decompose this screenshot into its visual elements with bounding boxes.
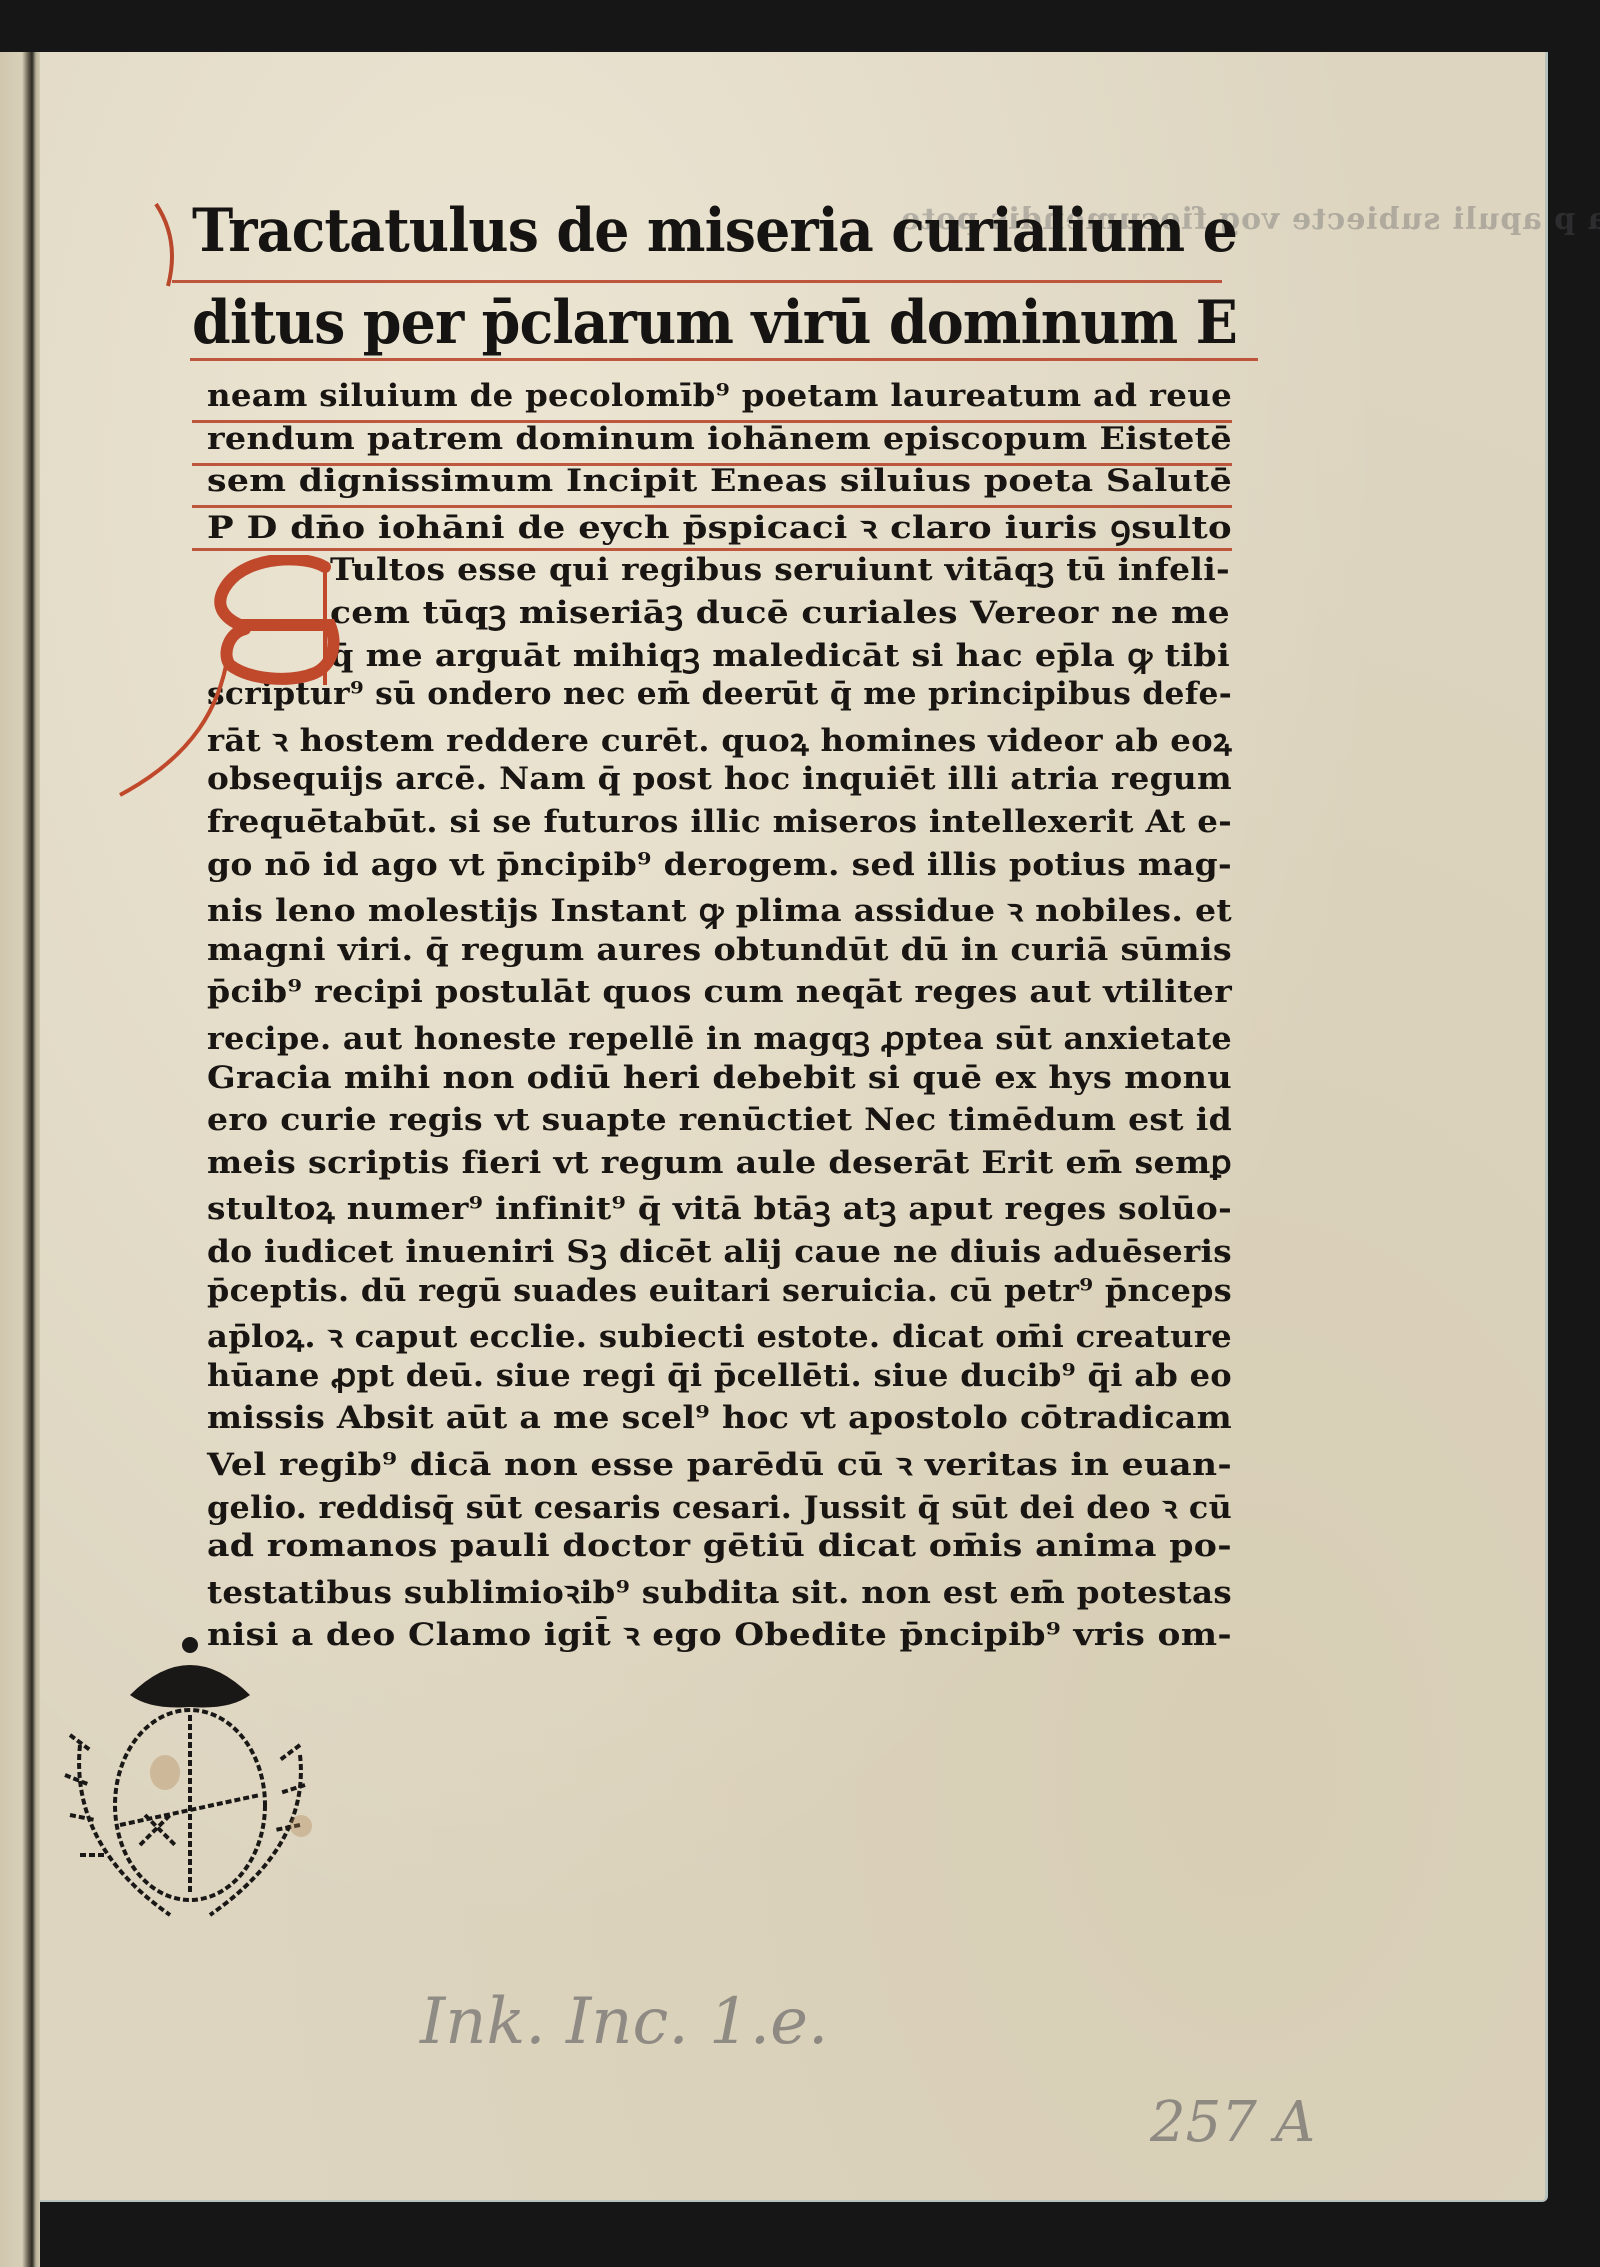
text-line: stultoꝝ numer⁹ infinit⁹ q̄ vitā btāꝫ atꝫ…	[207, 1187, 1232, 1229]
text-line: p̄ceptis. dū regū suades euitari seruici…	[207, 1273, 1232, 1309]
text-line: ap̄loꝝ. ꝛ caput ecclie. subiecti estote.…	[207, 1315, 1232, 1357]
text-line: recipe. aut honeste repellē in magqꝫ ꝓpt…	[207, 1017, 1232, 1059]
rubrication-bracket-icon	[150, 200, 190, 290]
text-line: P D dn̄o iohāni de eych p̄spicaci ꝛ clar…	[207, 506, 1232, 548]
text-line: gelio. reddisq̄ sūt cesaris cesari. Juss…	[207, 1486, 1232, 1528]
pencil-shelfmark: Ink. Inc. 1.e.	[420, 1985, 828, 2059]
text-line: cem tūqꝫ miseriāꝫ ducē curiales Vereor n…	[330, 591, 1230, 633]
text-line: hūane ꝓpt deū. siue regi q̄i p̄cellēti. …	[207, 1358, 1232, 1394]
text-line: sem dignissimum Incipit Eneas siluius po…	[207, 463, 1232, 499]
text-line: nisi a deo Clamo igit̄ ꝛ ego Obedite p̄n…	[207, 1613, 1232, 1655]
red-rule	[192, 548, 1232, 551]
text-line: q̄ me arguāt mihiqꝫ maledicāt si hac ep̄…	[330, 634, 1230, 676]
text-line: missis Absit aūt a me scel⁹ hoc vt apost…	[207, 1400, 1232, 1436]
text-line: frequētabūt. si se futuros illic miseros…	[207, 804, 1232, 840]
text-line: Gracia mihi non odiū heri debebit si quē…	[207, 1060, 1232, 1096]
library-stamp-icon	[50, 1625, 320, 1925]
foxing-spot	[150, 1755, 180, 1790]
text-line: neam siluium de pecolomīb⁹ poetam laurea…	[207, 378, 1232, 414]
pencil-number: 257 A	[1150, 2090, 1315, 2155]
title-line-2: ditus per p̄clarum virū dominum E	[192, 288, 1237, 358]
text-line: ad romanos pauli doctor gētiū dicat om̄i…	[207, 1528, 1232, 1564]
red-rule	[192, 463, 1232, 466]
text-line: p̄cib⁹ recipi postulāt quos cum neqāt re…	[207, 974, 1232, 1010]
text-line: meis scriptis fieri vt regum aule deserā…	[207, 1145, 1232, 1181]
text-line: scriptur⁹ sū ondero nec em̄ deerūt q̄ me…	[207, 676, 1232, 712]
text-line: go nō id ago vt p̄ncipib⁹ derogem. sed i…	[207, 847, 1232, 883]
red-rule	[192, 505, 1232, 508]
text-line: Vel regib⁹ dicā non esse parēdū cū ꝛ ver…	[207, 1443, 1232, 1485]
text-line: Tultos esse qui regibus seruiunt vitāqꝫ …	[330, 548, 1230, 590]
red-rule	[190, 358, 1258, 361]
text-line: do iudicet inueniri Sꝫ dicēt alij caue n…	[207, 1230, 1232, 1272]
text-line: ero curie regis vt suapte renūctiet Nec …	[207, 1102, 1232, 1138]
text-line: rāt ꝛ hostem reddere curēt. quoꝝ homines…	[207, 719, 1232, 761]
text-line: testatibus sublimioꝛib⁹ subdita sit. non…	[207, 1571, 1232, 1613]
title-line-1: Tractatulus de miseria curialium e	[192, 196, 1237, 266]
foxing-spot	[290, 1815, 312, 1837]
text-line: rendum patrem dominum iohānem episcopum …	[207, 421, 1232, 457]
previous-page-edge	[0, 52, 40, 2267]
red-rule	[192, 420, 1232, 423]
red-rule	[172, 280, 1222, 283]
red-initial-letter-icon	[100, 555, 340, 805]
text-line: nis leno molestijs Instant ꝙ plima assid…	[207, 889, 1232, 931]
text-line: obsequijs arcē. Nam q̄ post hoc inquiēt …	[207, 761, 1232, 797]
text-line: magni viri. q̄ regum aures obtundūt dū i…	[207, 932, 1232, 968]
